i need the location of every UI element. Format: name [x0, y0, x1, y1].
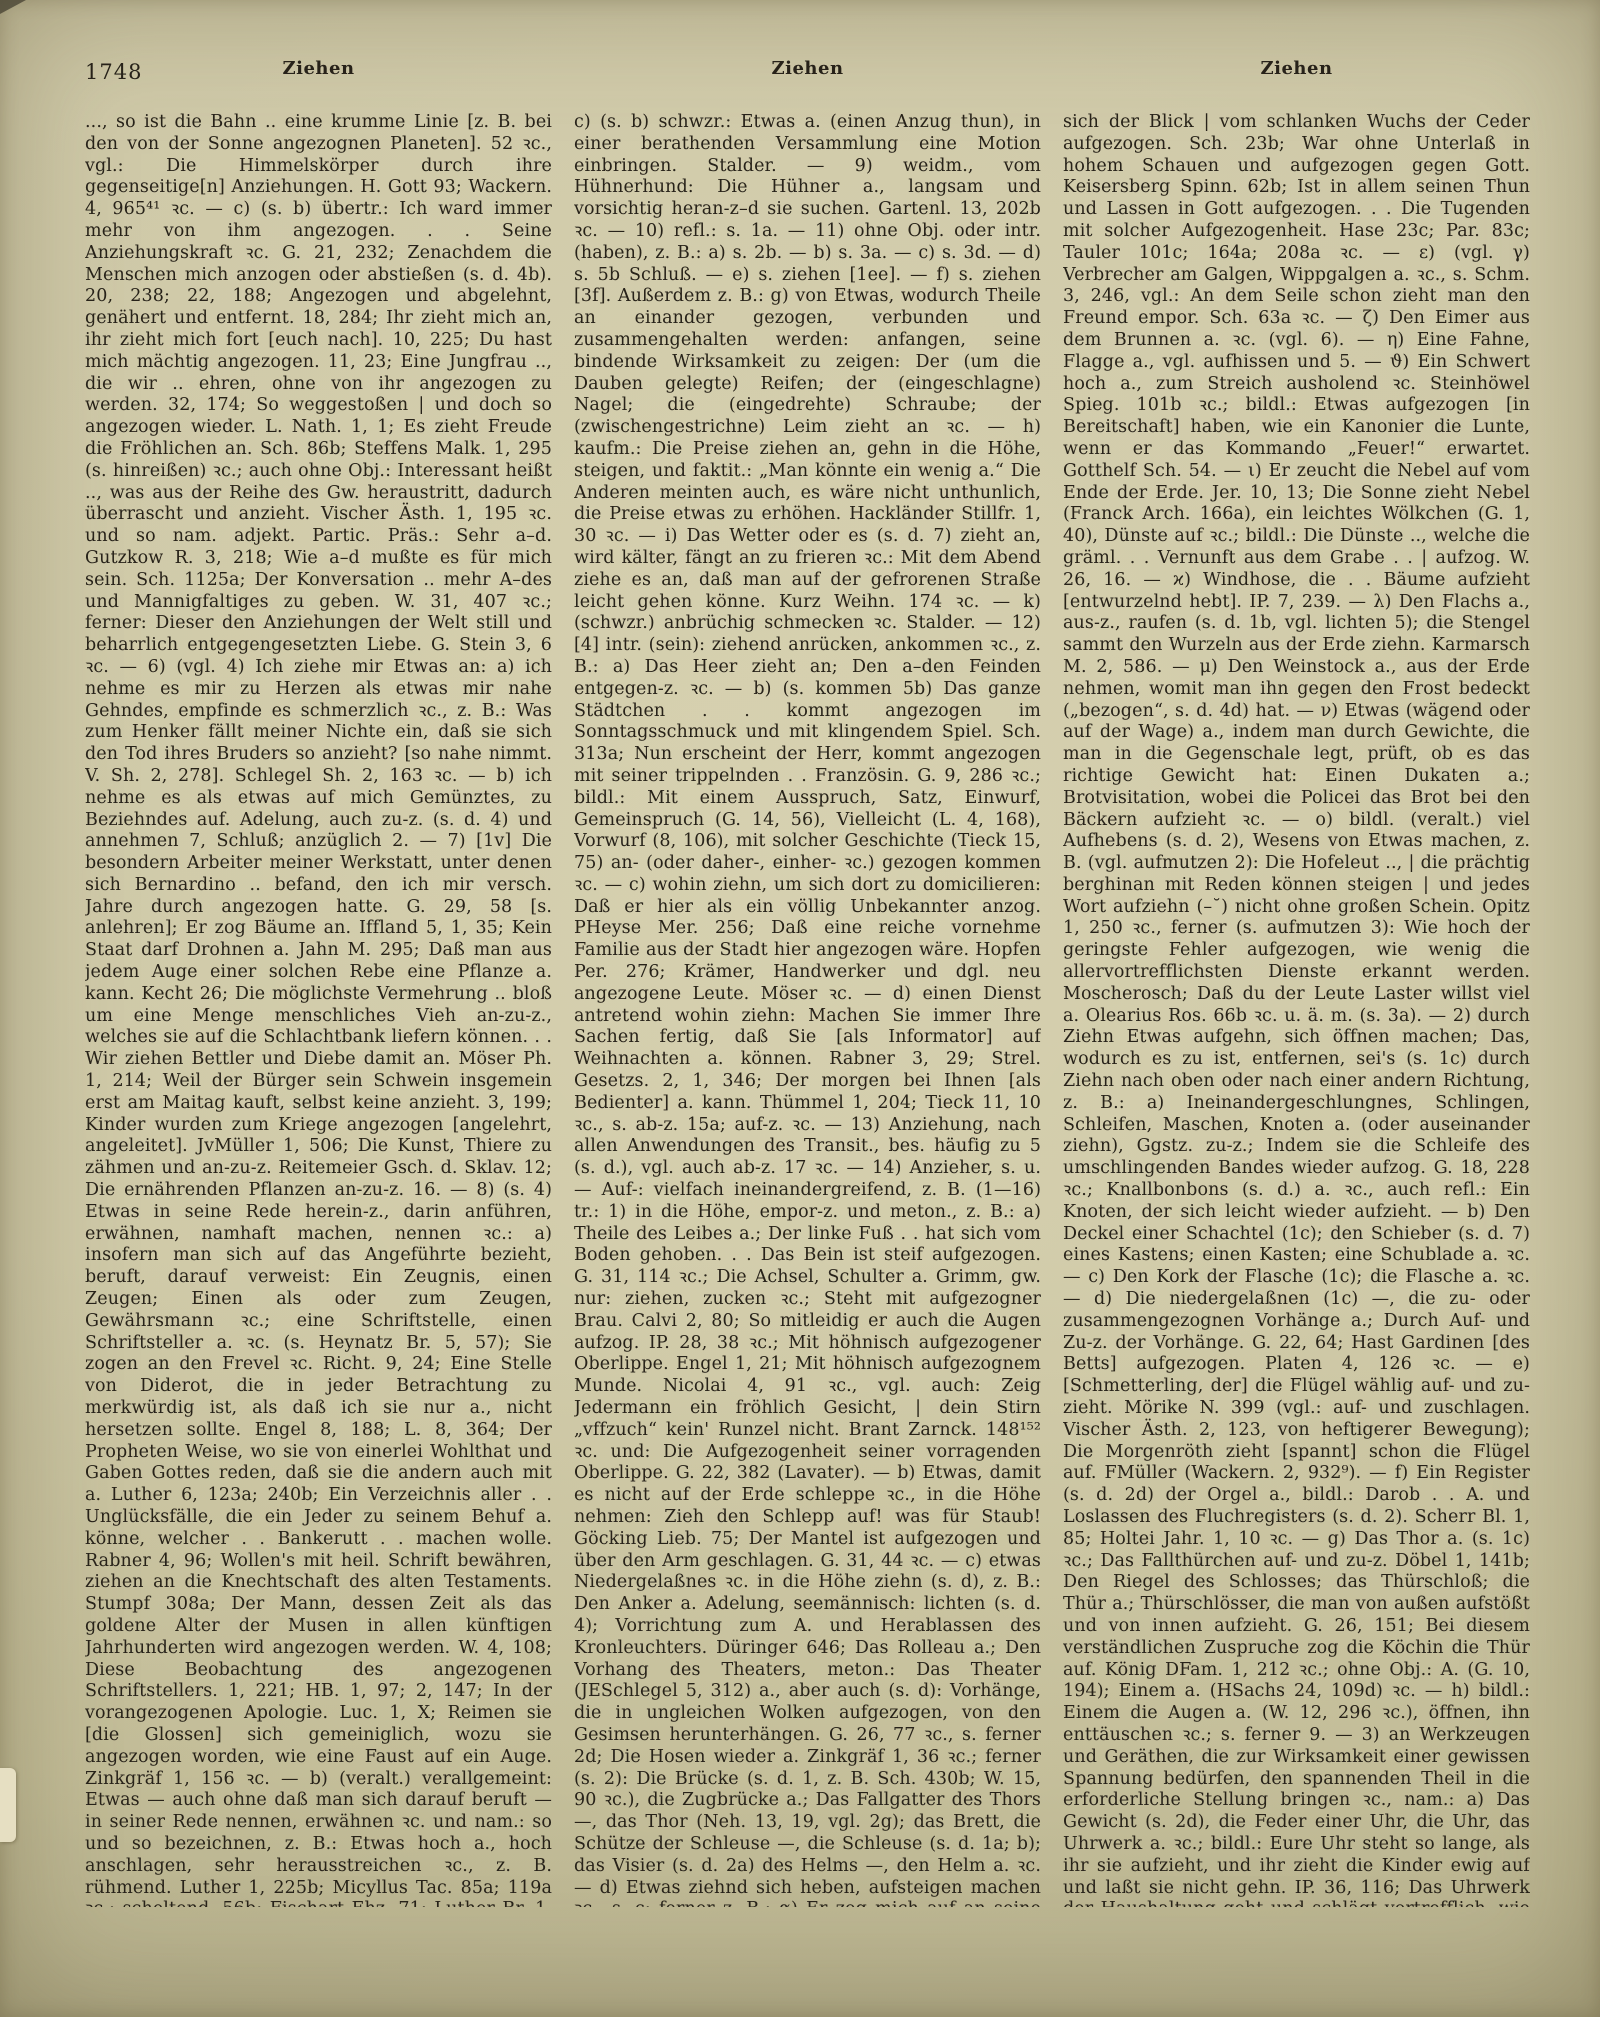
text-column-1: ..., so ist die Bahn .. eine krumme Lini…	[85, 112, 552, 1907]
running-head-column-1: Ziehen	[85, 58, 552, 88]
text-column-3: sich der Blick | vom schlanken Wuchs der…	[1063, 112, 1530, 1907]
running-head-column-2: Ziehen	[574, 58, 1041, 88]
scanned-dictionary-page: 1748 Ziehen Ziehen Ziehen ..., so ist di…	[0, 0, 1600, 2017]
page-edge-tab	[0, 1768, 16, 1842]
running-heads: Ziehen Ziehen Ziehen	[85, 58, 1530, 88]
page-header: 1748 Ziehen Ziehen Ziehen	[85, 58, 1530, 88]
text-area: ..., so ist die Bahn .. eine krumme Lini…	[85, 112, 1530, 1907]
page-number: 1748	[85, 60, 142, 84]
text-column-2: c) (s. b) schwzr.: Etwas a. (einen Anzug…	[574, 112, 1041, 1907]
running-head-column-3: Ziehen	[1063, 58, 1530, 88]
scan-corner-artifact	[0, 0, 26, 14]
